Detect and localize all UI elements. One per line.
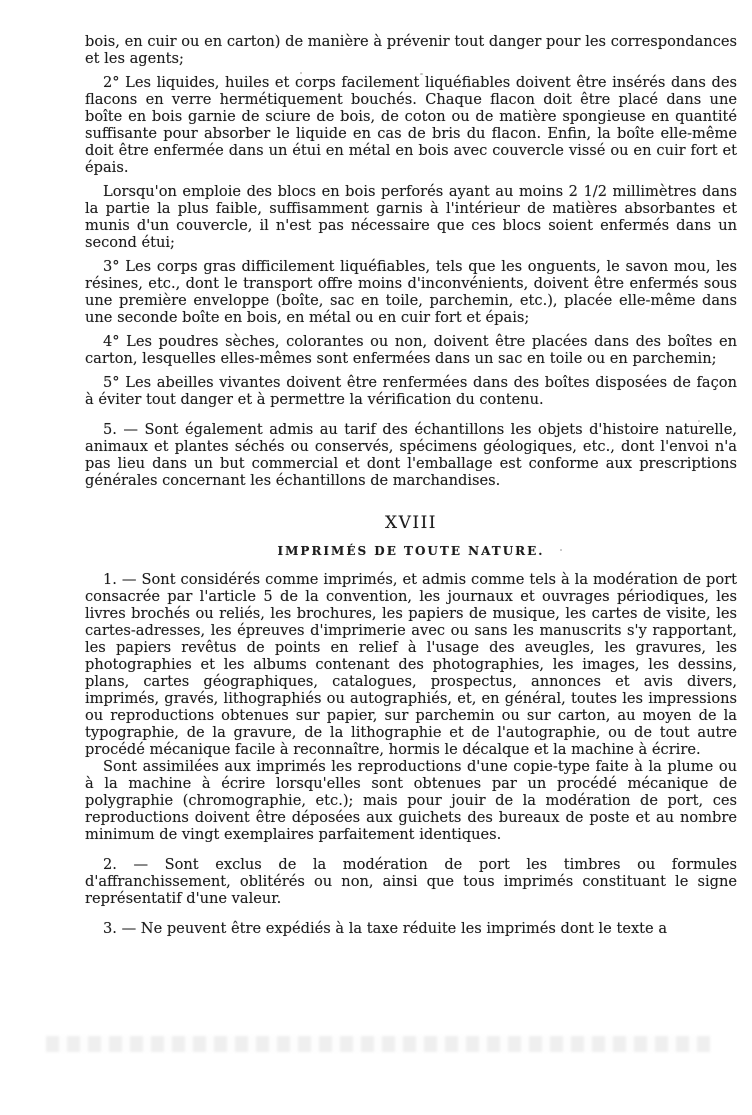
scan-artifact-band [46,1036,710,1052]
paragraph: Lorsqu'on emploie des blocs en bois perf… [85,183,737,251]
scan-speck [300,72,302,74]
scan-speck [698,420,700,422]
paragraph: 1. — Sont considérés comme imprimés, et … [85,571,737,758]
paragraph: bois, en cuir ou en carton) de manière à… [85,33,737,67]
paragraph: 5. — Sont également admis au tarif des é… [85,421,737,489]
paragraph: 3. — Ne peuvent être expédiés à la taxe … [85,920,737,937]
paragraph: Sont assimilées aux imprimés les reprodu… [85,758,737,843]
text-block: bois, en cuir ou en carton) de manière à… [85,33,737,937]
paragraph: 4° Les poudres sèches, colorantes ou non… [85,333,737,367]
scan-speck [560,549,562,551]
paragraph: 2. — Sont exclus de la modération de por… [85,856,737,907]
paragraph: 3° Les corps gras difficilement liquéfia… [85,258,737,326]
section-number-heading: XVIII [85,515,737,532]
paragraph: 2° Les liquides, huiles et corps facilem… [85,74,737,176]
scan-speck [420,73,423,75]
paragraph: 5° Les abeilles vivantes doivent être re… [85,374,737,408]
section-title-heading: IMPRIMÉS DE TOUTE NATURE. [85,543,737,560]
scanned-document-page: bois, en cuir ou en carton) de manière à… [0,0,752,1115]
